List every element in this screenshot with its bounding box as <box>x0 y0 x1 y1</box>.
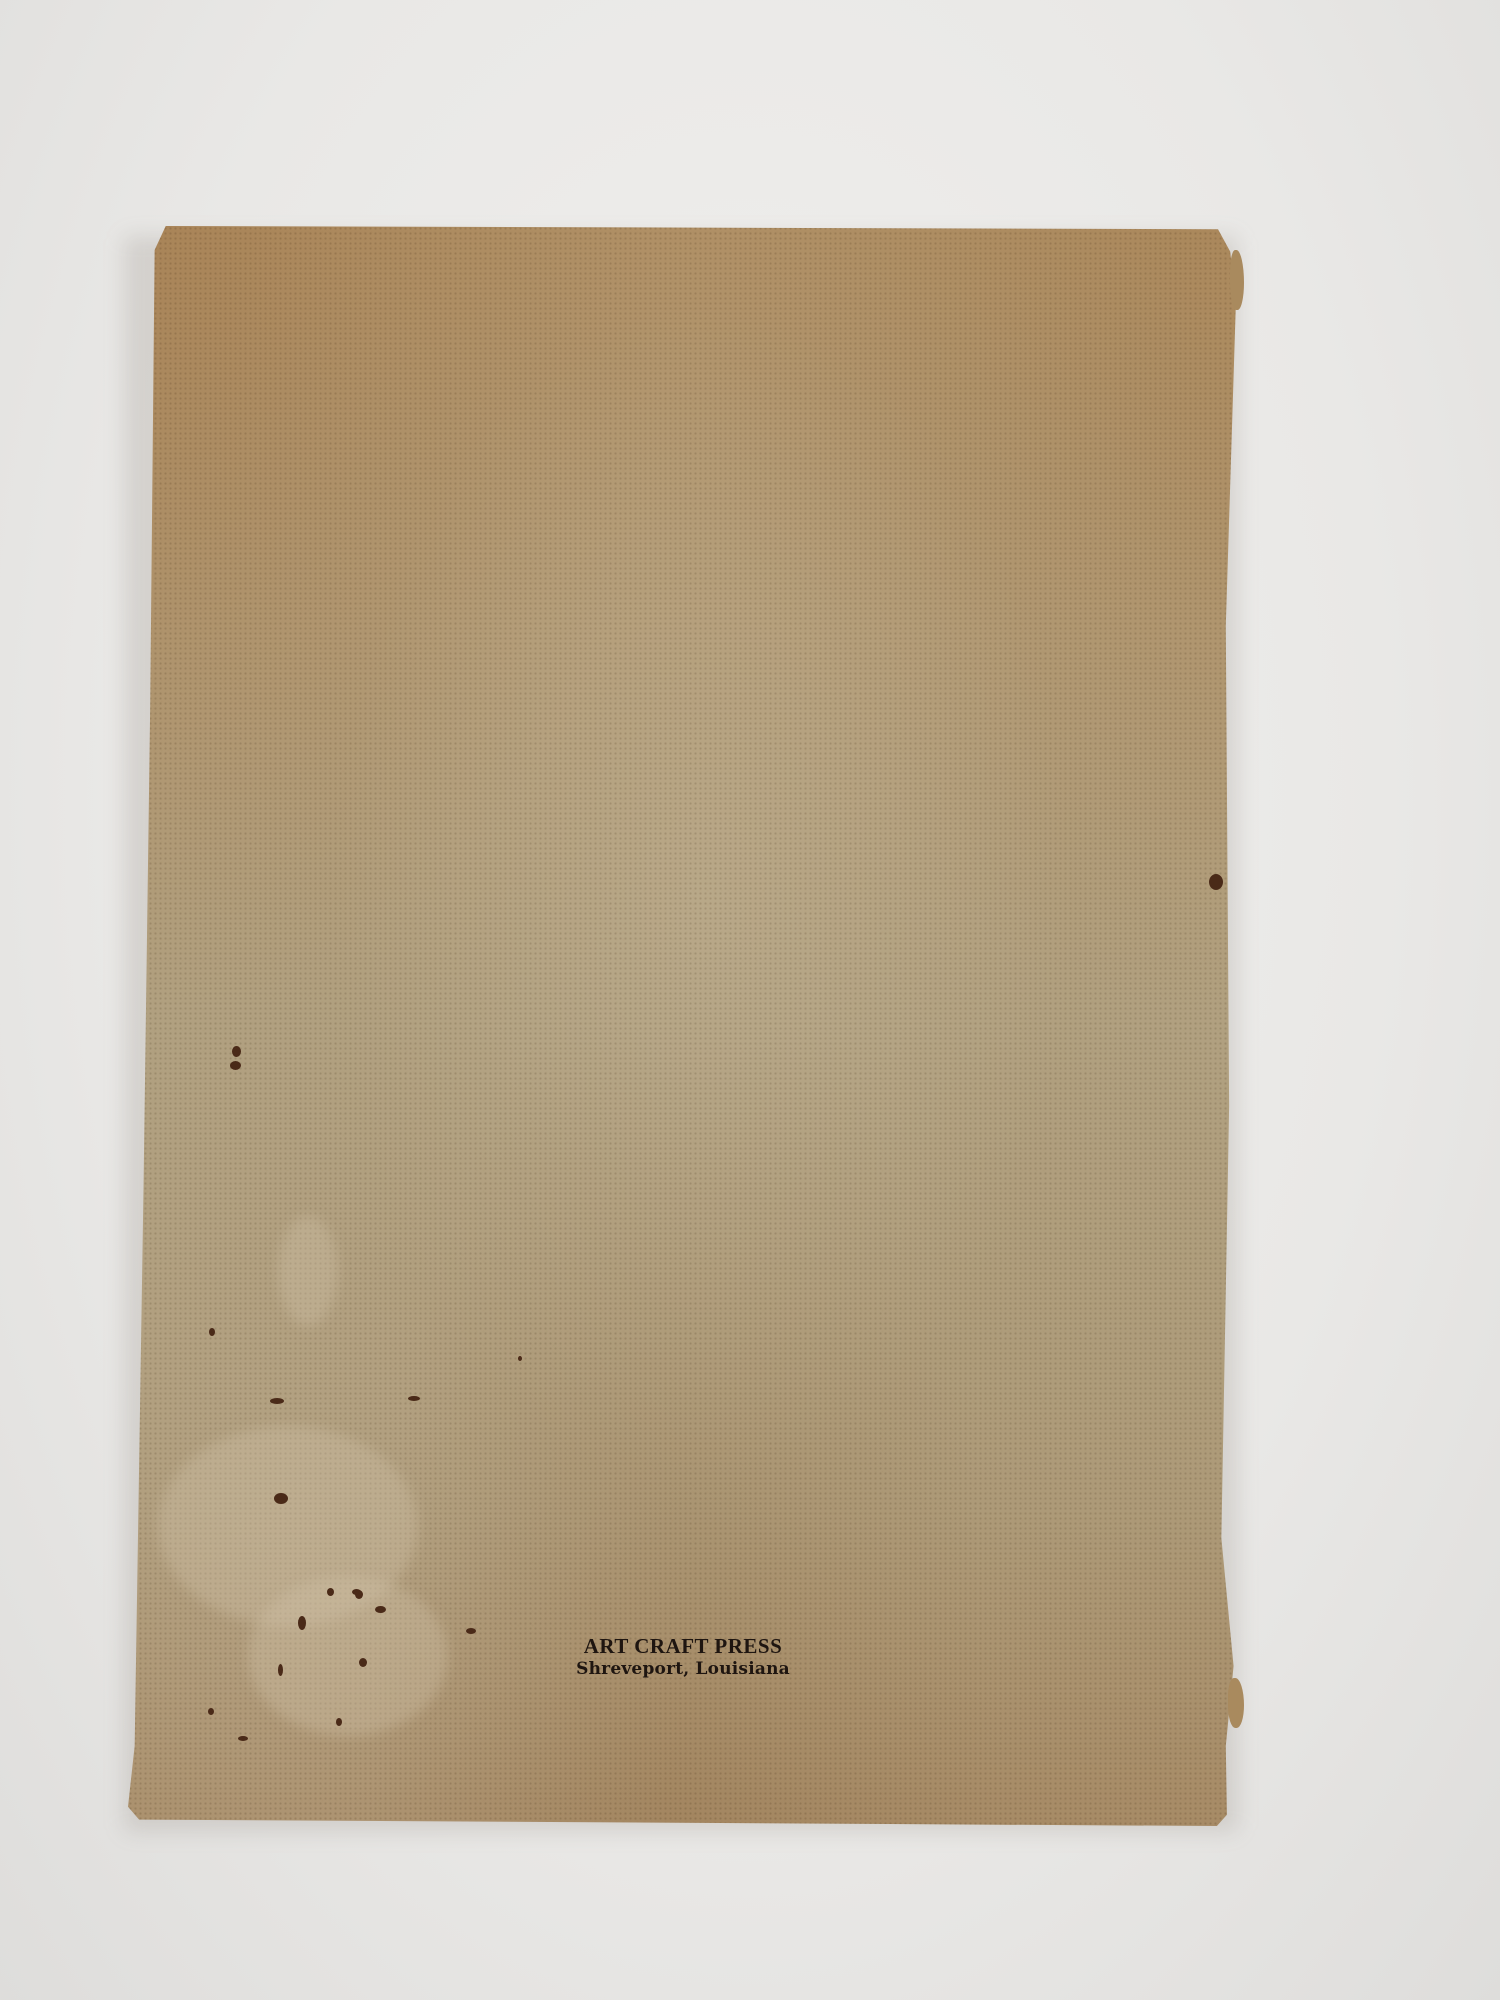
foxing-spot <box>466 1628 476 1634</box>
publisher-name: ART CRAFT PRESS <box>548 1634 818 1658</box>
foxing-spot <box>336 1718 342 1726</box>
frayed-edge <box>1228 1678 1244 1728</box>
foxing-spot <box>278 1664 283 1676</box>
foxing-spot <box>1209 874 1223 890</box>
foxing-spot <box>270 1398 284 1404</box>
foxing-spot <box>208 1708 214 1715</box>
foxing-spot <box>518 1356 522 1361</box>
foxing-spot <box>232 1046 241 1057</box>
printer-imprint: ART CRAFT PRESS Shreveport, Louisiana <box>548 1634 818 1680</box>
foxing-spot <box>209 1328 215 1336</box>
foxing-spot <box>327 1588 334 1596</box>
water-stain <box>248 1576 448 1736</box>
foxing-spot <box>298 1616 306 1630</box>
water-stain <box>278 1216 338 1326</box>
foxing-spot <box>359 1658 367 1667</box>
publisher-location: Shreveport, Louisiana <box>548 1658 818 1680</box>
foxing-spot <box>238 1736 248 1741</box>
foxing-spot <box>408 1396 420 1401</box>
foxing-spot <box>375 1606 386 1613</box>
foxing-spot <box>274 1493 288 1504</box>
foxing-spot <box>355 1590 363 1599</box>
foxing-spot <box>230 1061 241 1070</box>
pamphlet-back-cover <box>128 226 1238 1826</box>
frayed-edge <box>1230 250 1244 310</box>
